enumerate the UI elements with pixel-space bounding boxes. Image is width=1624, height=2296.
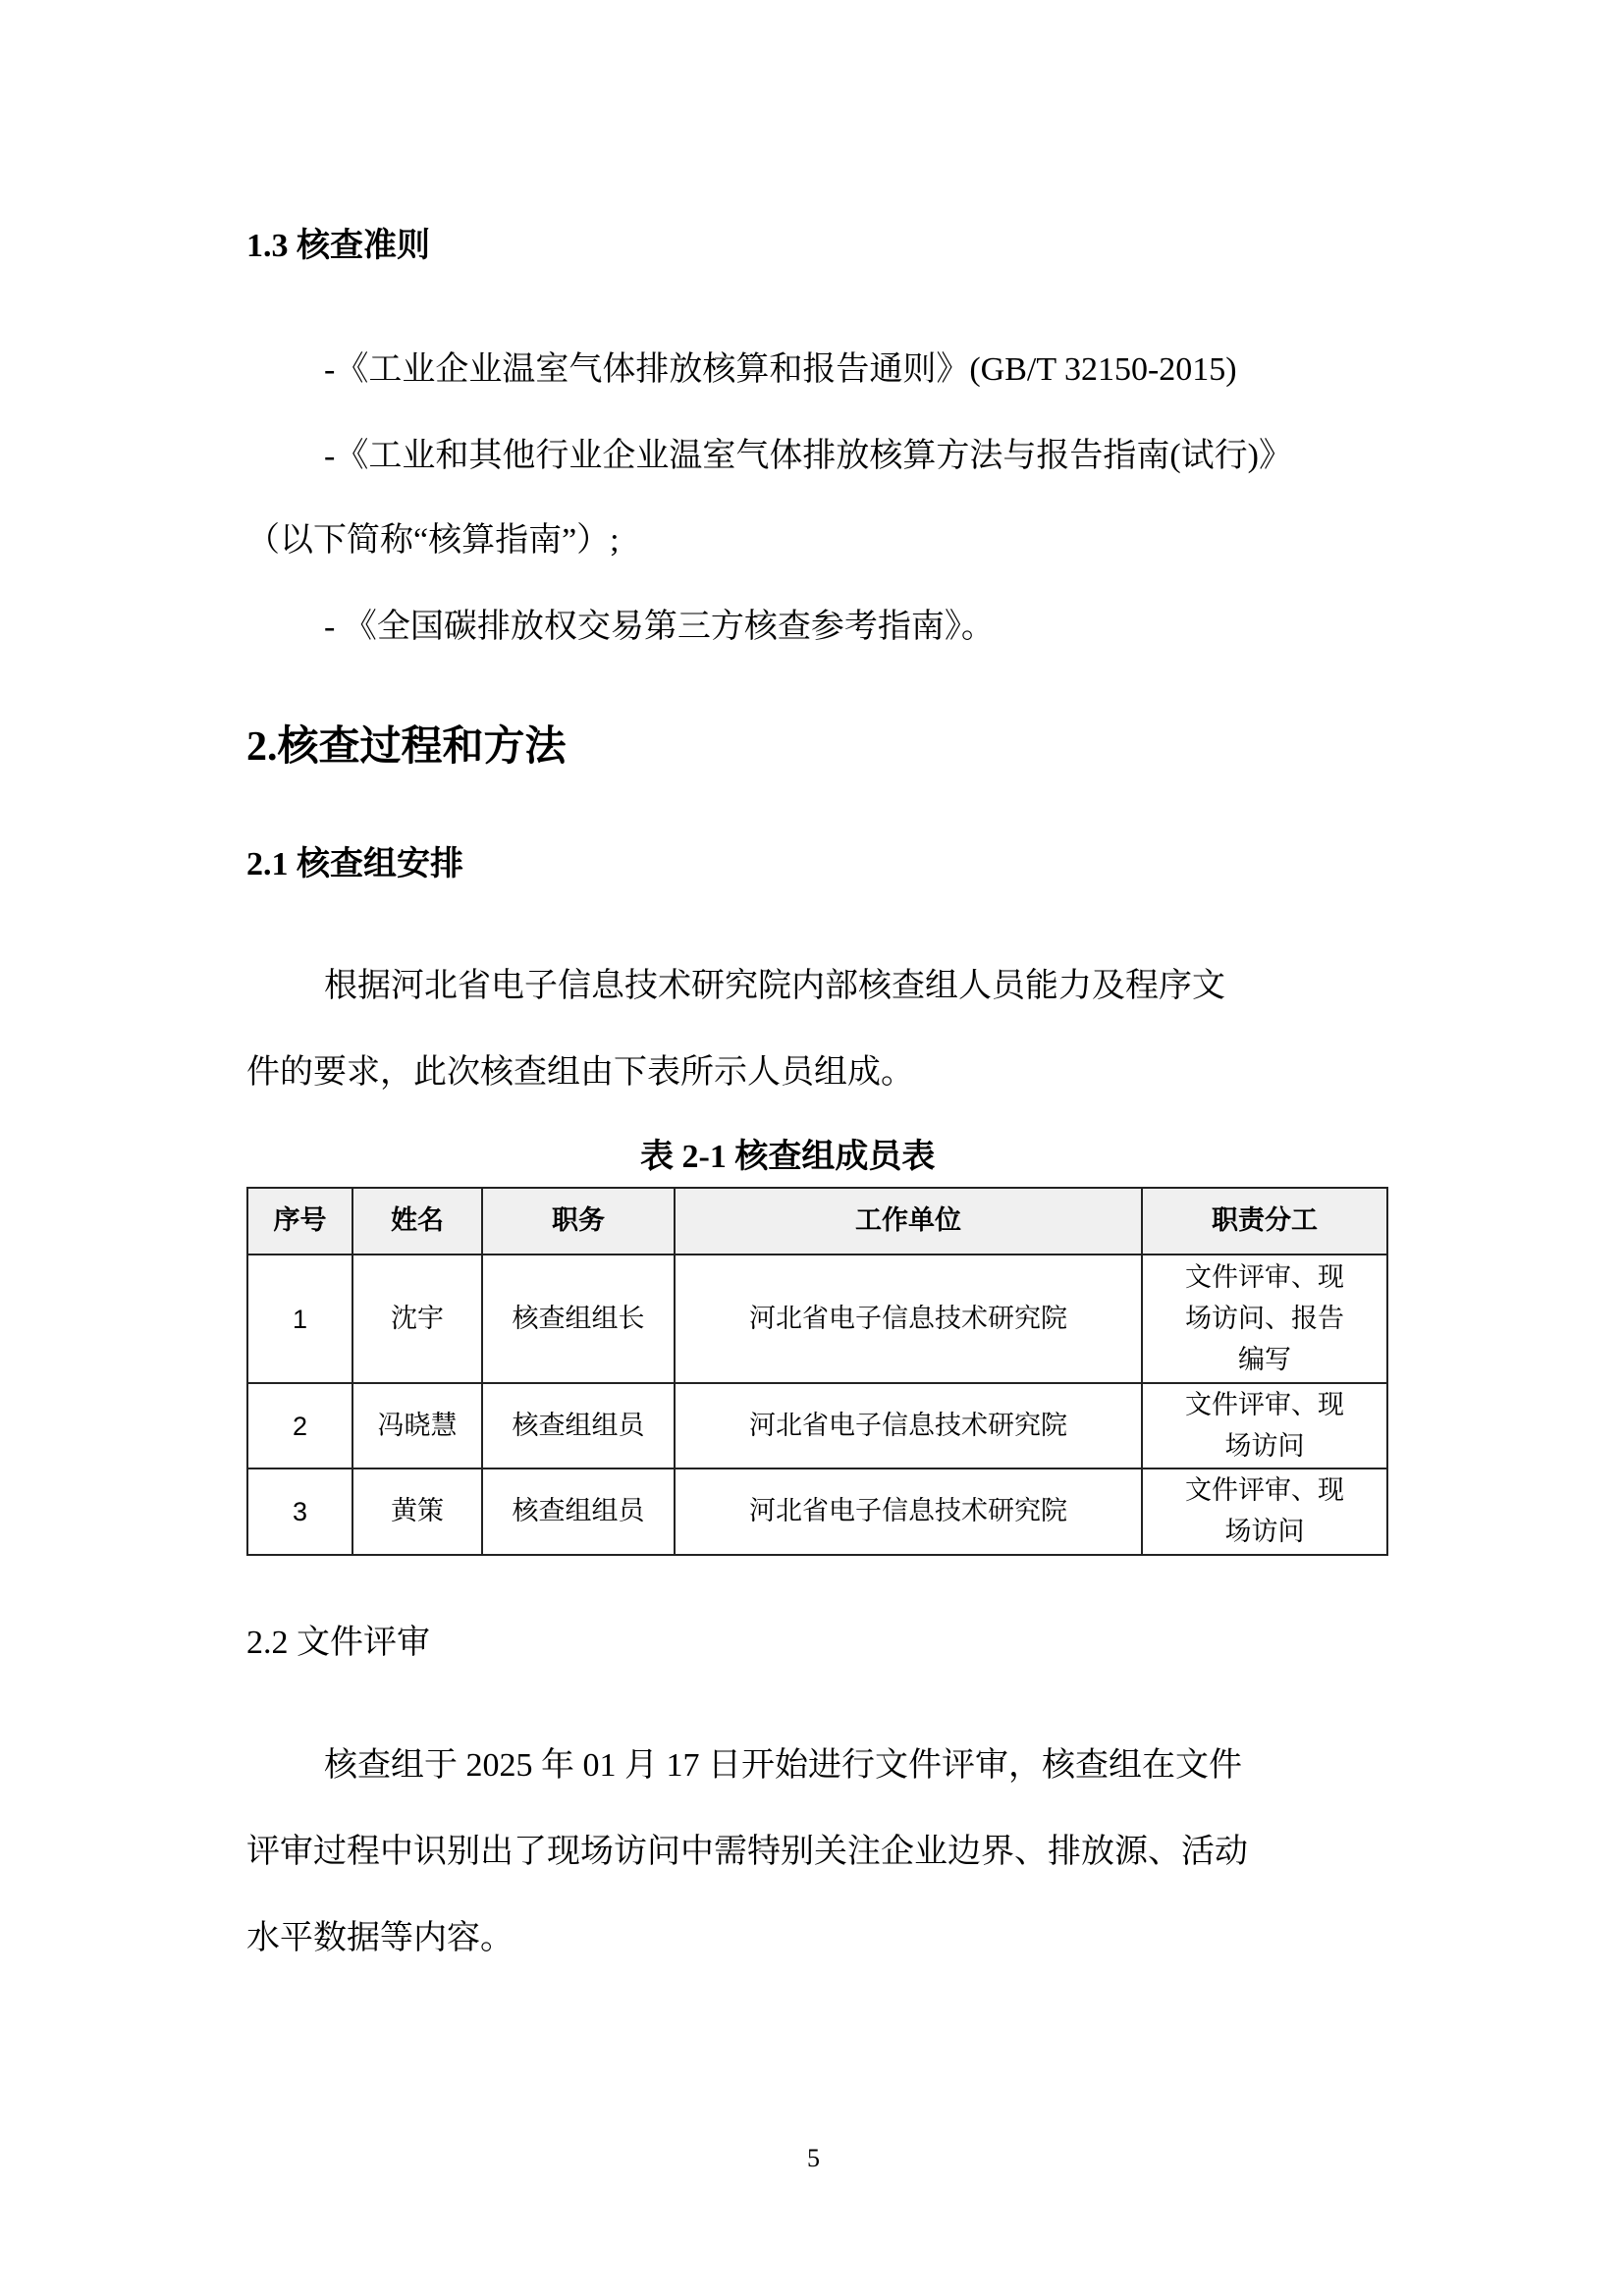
page-number: 5 — [807, 2144, 820, 2173]
duty-line: 场访问、报告 — [1149, 1299, 1380, 1340]
header-name: 姓名 — [352, 1188, 482, 1255]
section-2-1-paragraph-line2: 件的要求，此次核查组由下表所示人员组成。 — [246, 1044, 914, 1093]
table-row: 1 沈宇 核查组组长 河北省电子信息技术研究院 文件评审、现 场访问、报告 编写 — [247, 1255, 1387, 1383]
section-2-2-paragraph-line1: 核查组于 2025 年 01 月 17 日开始进行文件评审，核查组在文件 — [324, 1737, 1242, 1786]
table-header-row: 序号 姓名 职务 工作单位 职责分工 — [247, 1188, 1387, 1255]
section-2-2-heading: 2.2 文件评审 — [246, 1615, 430, 1663]
section-2-2-paragraph-line2: 评审过程中识别出了现场访问中需特别关注企业边界、排放源、活动 — [246, 1824, 1248, 1872]
cell-no: 1 — [247, 1255, 352, 1383]
section-2-1-heading: 2.1 核查组安排 — [246, 836, 463, 884]
section-2-2-paragraph-line3: 水平数据等内容。 — [246, 1910, 514, 1958]
duty-line: 文件评审、现 — [1149, 1470, 1380, 1512]
cell-name: 冯晓慧 — [352, 1383, 482, 1468]
cell-name: 黄策 — [352, 1468, 482, 1555]
section-2-1-paragraph-line1: 根据河北省电子信息技术研究院内部核查组人员能力及程序文 — [324, 958, 1225, 1006]
header-title: 职务 — [482, 1188, 675, 1255]
cell-title: 核查组组长 — [482, 1255, 675, 1383]
header-duty: 职责分工 — [1142, 1188, 1387, 1255]
duty-line: 文件评审、现 — [1149, 1385, 1380, 1426]
duty-line: 编写 — [1149, 1340, 1380, 1381]
criteria-item-3: - 《全国碳排放权交易第三方核查参考指南》。 — [324, 599, 995, 647]
cell-duty: 文件评审、现 场访问 — [1142, 1468, 1387, 1555]
duty-line: 场访问 — [1149, 1512, 1380, 1553]
cell-unit: 河北省电子信息技术研究院 — [675, 1383, 1142, 1468]
cell-name: 沈宇 — [352, 1255, 482, 1383]
section-1-3-heading: 1.3 核查准则 — [246, 218, 430, 266]
cell-unit: 河北省电子信息技术研究院 — [675, 1255, 1142, 1383]
table-caption: 表 2-1 核查组成员表 — [640, 1129, 935, 1177]
criteria-item-2: -《工业和其他行业企业温室气体排放核算方法与报告指南(试行)》 — [324, 428, 1292, 476]
table-row: 2 冯晓慧 核查组组员 河北省电子信息技术研究院 文件评审、现 场访问 — [247, 1383, 1387, 1468]
criteria-item-1: -《工业企业温室气体排放核算和报告通则》(GB/T 32150-2015) — [324, 342, 1237, 390]
team-members-table: 序号 姓名 职务 工作单位 职责分工 1 沈宇 核查组组长 河北省电子信息技术研… — [246, 1187, 1388, 1556]
cell-duty: 文件评审、现 场访问、报告 编写 — [1142, 1255, 1387, 1383]
cell-duty: 文件评审、现 场访问 — [1142, 1383, 1387, 1468]
cell-no: 3 — [247, 1468, 352, 1555]
cell-title: 核查组组员 — [482, 1383, 675, 1468]
table-row: 3 黄策 核查组组员 河北省电子信息技术研究院 文件评审、现 场访问 — [247, 1468, 1387, 1555]
header-unit: 工作单位 — [675, 1188, 1142, 1255]
criteria-item-2-cont: （以下简称“核算指南”）; — [246, 512, 620, 561]
cell-unit: 河北省电子信息技术研究院 — [675, 1468, 1142, 1555]
section-2-heading: 2.核查过程和方法 — [246, 714, 567, 773]
cell-title: 核查组组员 — [482, 1468, 675, 1555]
header-no: 序号 — [247, 1188, 352, 1255]
cell-no: 2 — [247, 1383, 352, 1468]
duty-line: 场访问 — [1149, 1426, 1380, 1468]
duty-line: 文件评审、现 — [1149, 1257, 1380, 1299]
